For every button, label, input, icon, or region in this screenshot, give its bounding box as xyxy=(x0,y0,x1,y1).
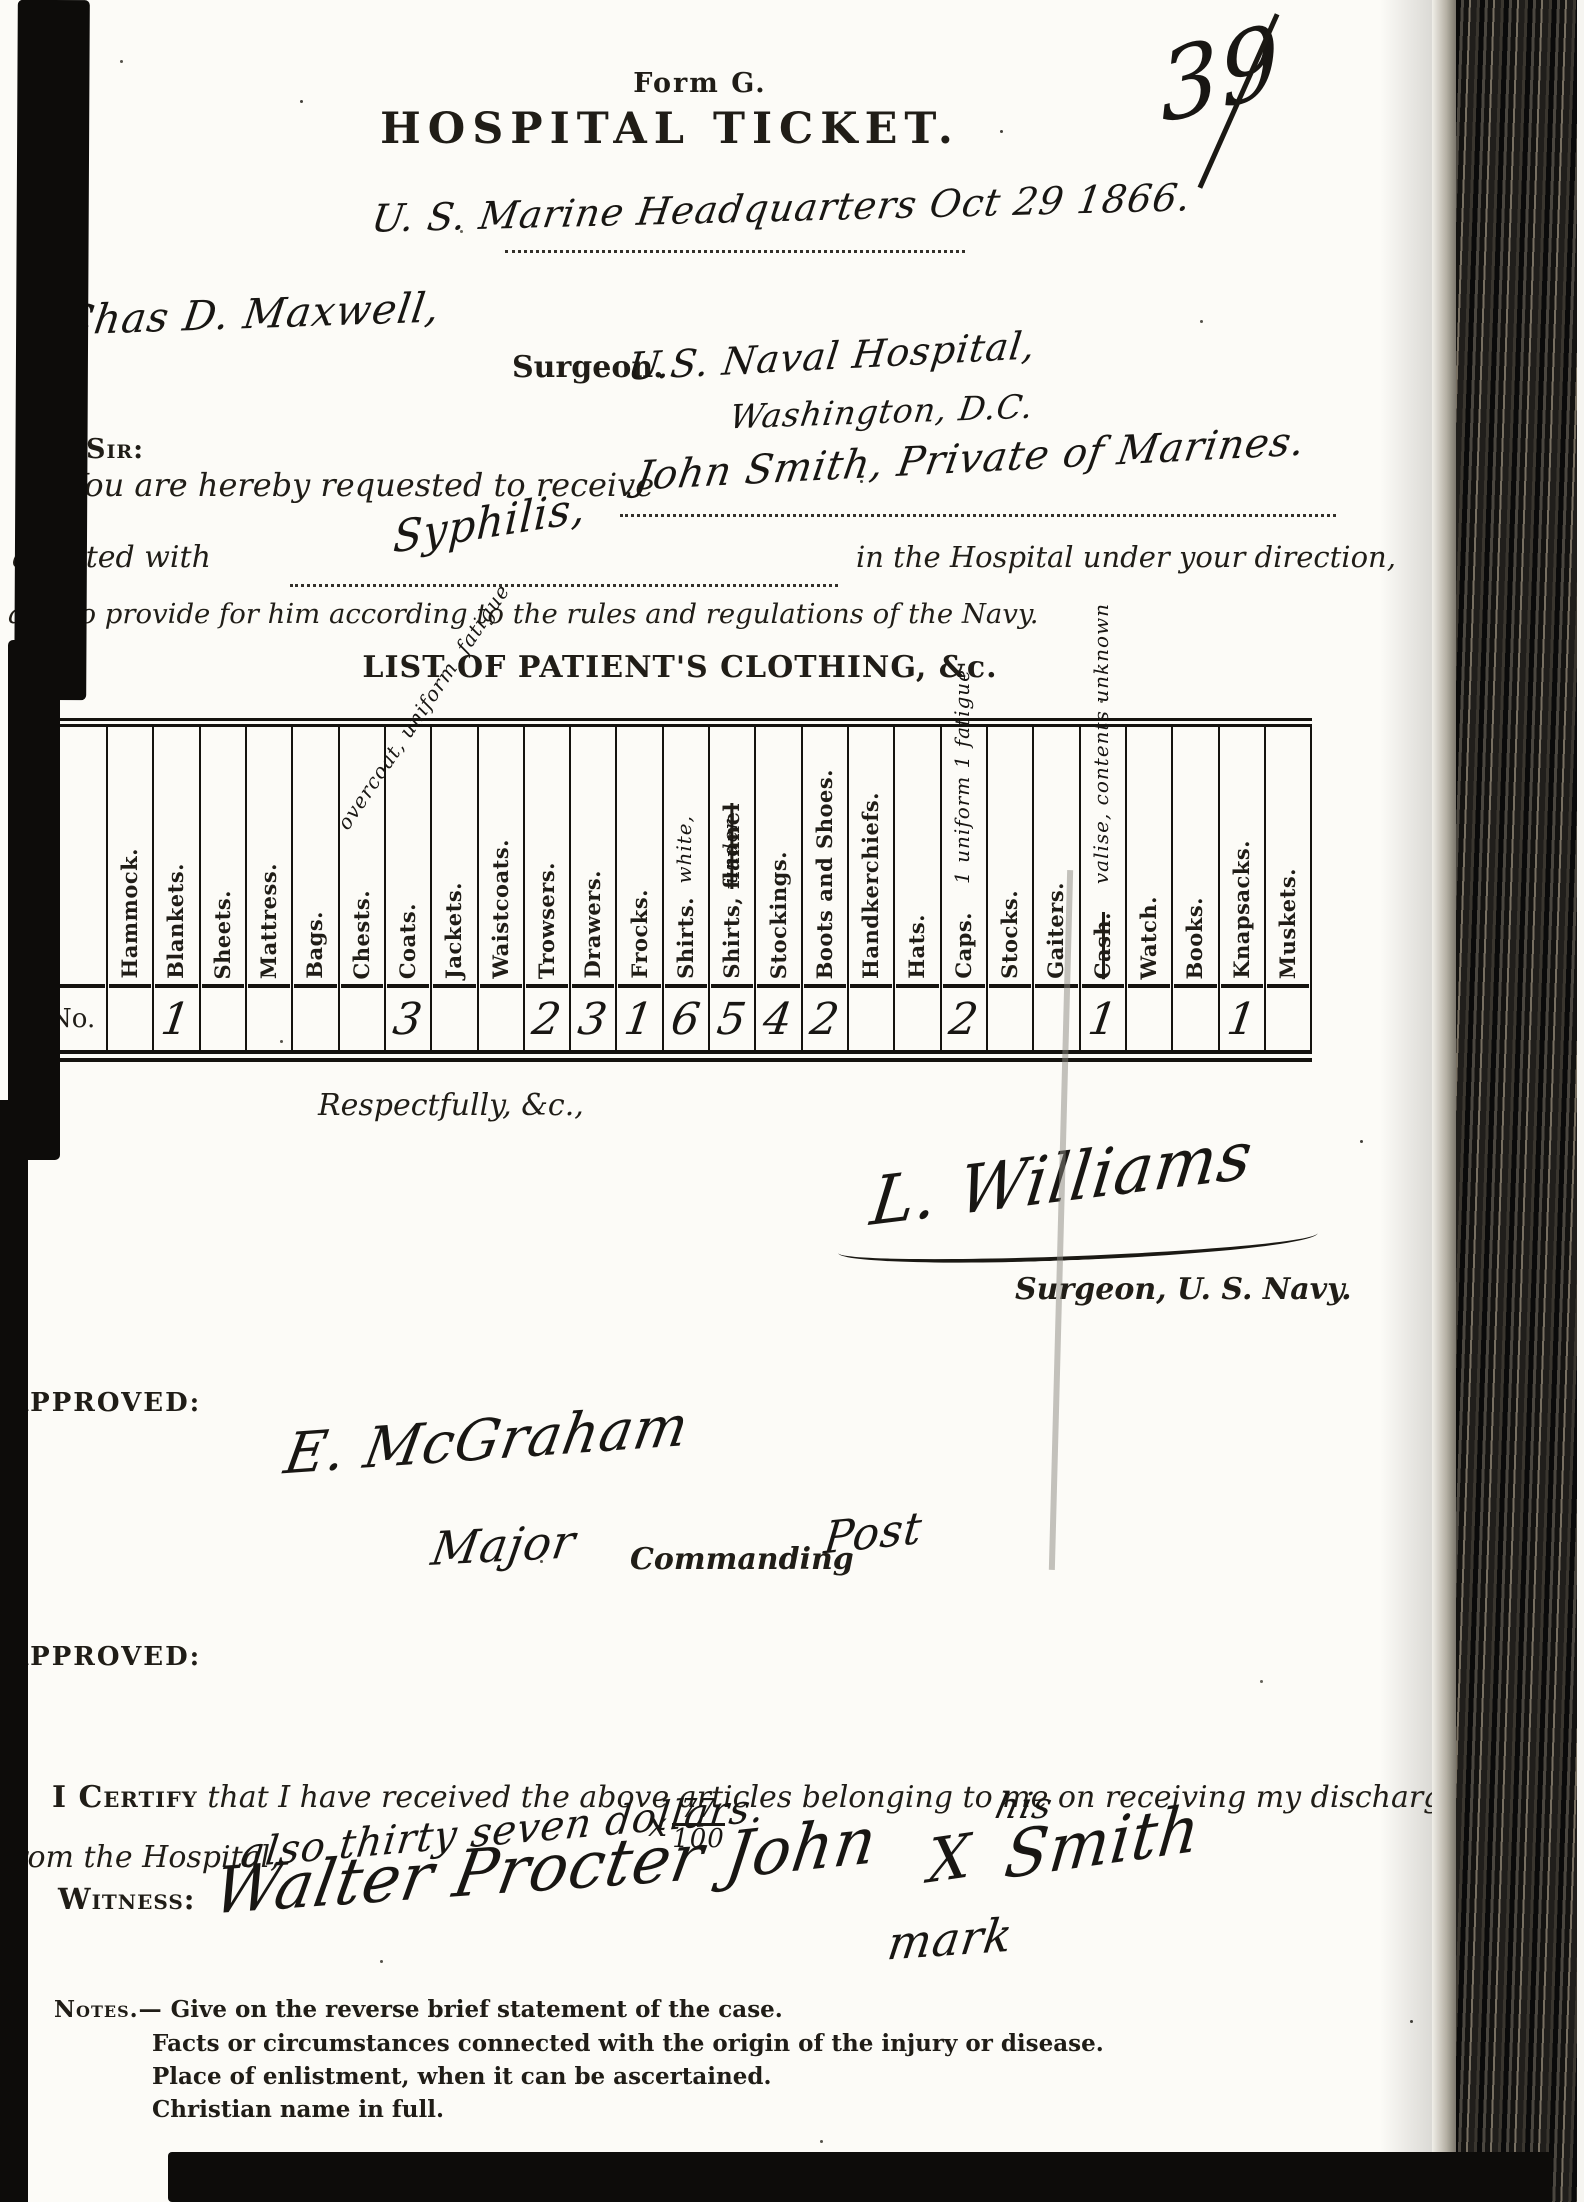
table-columns: No.Hammock. Blankets. 1Sheets. Mattress.… xyxy=(44,727,1312,1050)
column-label: Caps. xyxy=(953,912,975,979)
surgeon-title: Surgeon, U. S. Navy. xyxy=(1015,1272,1352,1307)
surgeon-station-handwriting: U.S. Naval Hospital, xyxy=(626,323,1039,389)
notes-text-1: Give on the reverse brief statement of t… xyxy=(171,1996,783,2023)
table-column-bags: Bags. xyxy=(293,727,339,1050)
column-label-text: Chests. xyxy=(349,890,374,980)
column-label-text: Caps. xyxy=(951,912,976,979)
column-value: 3 xyxy=(567,988,620,1050)
column-label-text: Watch. xyxy=(1136,896,1161,979)
column-header: Hammock. xyxy=(108,727,152,984)
column-header: Blankets. xyxy=(154,727,198,984)
column-label-text: Stockings. xyxy=(766,851,791,979)
table-column-cash: valise, contents unknownCash.1 xyxy=(1081,727,1127,1050)
notes-line-3: Place of enlistment, when it can be asce… xyxy=(152,2063,771,2090)
column-label-text: Jackets. xyxy=(441,882,466,979)
book-edge-band xyxy=(1456,0,1577,2202)
column-label-text: Muskets. xyxy=(1275,868,1300,979)
column-label: Boots and Shoes. xyxy=(814,769,836,979)
column-annotation: valise, contents unknown xyxy=(1091,603,1111,884)
column-value xyxy=(243,988,296,1050)
column-label-text: Books. xyxy=(1182,897,1207,979)
column-label-text: Trowsers. xyxy=(534,862,559,979)
column-label-text: Handkerchiefs. xyxy=(858,792,883,979)
column-label: Books. xyxy=(1184,897,1206,979)
column-label-text: Coats. xyxy=(395,903,420,979)
column-label: Chests. xyxy=(351,890,373,980)
column-header: Boots and Shoes. xyxy=(803,727,847,984)
witness-label: Witness: xyxy=(58,1882,195,1916)
column-value xyxy=(1123,988,1176,1050)
column-value xyxy=(428,988,481,1050)
column-label-text: Frocks. xyxy=(627,889,652,979)
column-label: Knapsacks. xyxy=(1231,840,1253,979)
table-column-hats: Hats. xyxy=(895,727,941,1050)
notes-line-4: Christian name in full. xyxy=(152,2096,444,2123)
dateline-handwriting: U. S. Marine Headquarters Oct 29 1866. xyxy=(369,175,1195,241)
column-label-text: Hammock. xyxy=(117,848,142,979)
table-column-stocks: Stocks. xyxy=(988,727,1034,1050)
column-value: 6 xyxy=(659,988,712,1050)
table-column-coats: overcoat, uniform, fatigueCoats. 3 xyxy=(386,727,432,1050)
column-annotation: white, xyxy=(674,815,694,884)
column-label: Muskets. xyxy=(1277,868,1299,979)
patient-first-name-signature: John xyxy=(721,1803,881,1894)
x-mark: X xyxy=(927,1820,973,1897)
fraction-numerator: 77 xyxy=(672,1796,725,1823)
column-label: Drawers. xyxy=(582,870,604,979)
column-header: 1 uniform 1 fatigueCaps. xyxy=(942,727,986,984)
commanding-label: Commanding xyxy=(630,1542,854,1577)
column-label: Coats. xyxy=(397,903,419,979)
column-value: 2 xyxy=(520,988,573,1050)
column-header: Books. xyxy=(1173,727,1217,984)
approved-label: APPROVED: xyxy=(8,1388,201,1418)
provide-line: and to provide for him according to the … xyxy=(8,598,1039,630)
gutter-shading xyxy=(1380,0,1440,2202)
paper-specks xyxy=(120,60,123,63)
table-column-blankets: Blankets. 1 xyxy=(154,727,200,1050)
column-label-struck: Cash. xyxy=(1090,912,1115,979)
column-annotation: under xyxy=(720,819,740,884)
table-column-gaiters: Gaiters. xyxy=(1034,727,1080,1050)
binding-bar-bottom xyxy=(0,1100,28,2202)
column-label-text: Knapsacks. xyxy=(1229,840,1254,979)
table-column-trowsers: Trowsers. 2 xyxy=(525,727,571,1050)
respectfully-line: Respectfully, &c., xyxy=(318,1088,584,1123)
table-column-shirts: white,Shirts. 6 xyxy=(664,727,710,1050)
column-value: 1 xyxy=(1215,988,1268,1050)
column-label: Blankets. xyxy=(165,863,187,979)
column-header: white,Shirts. xyxy=(664,727,708,984)
column-header: Gaiters. xyxy=(1034,727,1078,984)
column-label: Mattress. xyxy=(258,863,280,979)
column-annotation: 1 uniform 1 fatigue xyxy=(952,669,972,884)
column-label: Handkerchiefs. xyxy=(860,792,882,979)
column-label: Sheets. xyxy=(212,890,234,980)
table-title: LIST OF PATIENT'S CLOTHING, &c. xyxy=(0,650,1360,685)
table-column-sheets: Sheets. xyxy=(201,727,247,1050)
column-header: Stockings. xyxy=(756,727,800,984)
dotted-line xyxy=(505,250,965,253)
column-value: 4 xyxy=(752,988,805,1050)
table-column-boots-and-shoes: Boots and Shoes. 2 xyxy=(803,727,849,1050)
binding-bar-top xyxy=(14,0,90,700)
clothing-table: No.Hammock. Blankets. 1Sheets. Mattress.… xyxy=(42,718,1312,1062)
column-label-text: Waistcoats. xyxy=(488,839,513,979)
column-value: 2 xyxy=(798,988,851,1050)
table-column-handkerchiefs: Handkerchiefs. xyxy=(849,727,895,1050)
page-edge-curl xyxy=(1432,0,1458,2202)
column-header: Mattress. xyxy=(247,727,291,984)
table-column-books: Books. xyxy=(1173,727,1219,1050)
column-header: Trowsers. xyxy=(525,727,569,984)
column-header: overcoat, uniform, fatigueCoats. xyxy=(386,727,430,984)
column-label: Bags. xyxy=(304,911,326,979)
column-label-text: Bags. xyxy=(302,911,327,979)
column-header: Stocks. xyxy=(988,727,1032,984)
column-header: valise, contents unknownCash. xyxy=(1081,727,1125,984)
column-label: Frocks. xyxy=(629,889,651,979)
column-label: Stockings. xyxy=(768,851,790,979)
hospital-ticket-scan: Form G. HOSPITAL TICKET. 39 U. S. Marine… xyxy=(0,0,1584,2202)
column-value: 3 xyxy=(382,988,435,1050)
certify-lead: I Certify xyxy=(52,1780,198,1815)
table-column-frocks: Frocks. 1 xyxy=(617,727,663,1050)
column-value: 2 xyxy=(937,988,990,1050)
table-column-drawers: Drawers. 3 xyxy=(571,727,617,1050)
column-value: 1 xyxy=(613,988,666,1050)
table-column-jackets: Jackets. xyxy=(432,727,478,1050)
table-column-shirts: underShirts, flannel5 xyxy=(710,727,756,1050)
approved-label-2: APPROVED: xyxy=(8,1642,201,1672)
column-value xyxy=(984,988,1037,1050)
post-handwriting: Post xyxy=(822,1502,925,1564)
column-label: Hats. xyxy=(906,914,928,979)
column-label-text: Blankets. xyxy=(163,863,188,979)
column-label: Shirts. xyxy=(675,897,697,979)
table-column-caps: 1 uniform 1 fatigueCaps. 2 xyxy=(942,727,988,1050)
column-label-text: Boots and Shoes. xyxy=(812,769,837,979)
dotted-line xyxy=(620,514,1336,517)
addressee-handwriting: Chas D. Maxwell, xyxy=(59,283,443,344)
column-header: Sheets. xyxy=(201,727,245,984)
salutation-label: Sir: xyxy=(86,434,144,465)
table-column-hammock: Hammock. xyxy=(108,727,154,1050)
column-value: 1 xyxy=(1076,988,1129,1050)
column-label-text: Shirts, xyxy=(719,889,744,979)
column-header: Knapsacks. xyxy=(1220,727,1264,984)
table-column-muskets: Muskets. xyxy=(1266,727,1312,1050)
scan-edge-white xyxy=(1577,0,1584,2202)
column-label-text: Drawers. xyxy=(580,870,605,979)
column-value xyxy=(845,988,898,1050)
column-label: Cash. xyxy=(1092,912,1114,979)
column-value xyxy=(1261,988,1314,1050)
column-label: Waistcoats. xyxy=(490,839,512,979)
approver-rank-handwriting: Major xyxy=(428,1514,580,1576)
column-value xyxy=(104,988,157,1050)
surgeon-city-handwriting: Washington, D.C. xyxy=(727,387,1036,437)
column-value xyxy=(196,988,249,1050)
column-header: Frocks. xyxy=(617,727,661,984)
column-label: Stocks. xyxy=(999,890,1021,979)
column-value xyxy=(1169,988,1222,1050)
column-value: 5 xyxy=(706,988,759,1050)
notes-line-1: Notes.— Give on the reverse brief statem… xyxy=(54,1996,783,2023)
mark-word: mark xyxy=(884,1907,1016,1970)
column-value xyxy=(1030,988,1083,1050)
column-value: 1 xyxy=(150,988,203,1050)
column-value xyxy=(891,988,944,1050)
column-label: Trowsers. xyxy=(536,862,558,979)
column-header: Waistcoats. xyxy=(479,727,523,984)
notes-label: Notes.— xyxy=(54,1996,163,2023)
column-header: Jackets. xyxy=(432,727,476,984)
column-header: Bags. xyxy=(293,727,337,984)
column-header: Handkerchiefs. xyxy=(849,727,893,984)
binding-bar-middle xyxy=(8,640,60,1160)
column-label-text: Mattress. xyxy=(256,863,281,979)
column-value xyxy=(335,988,388,1050)
bottom-scan-bar xyxy=(168,2152,1552,2202)
column-label-text: Sheets. xyxy=(210,890,235,980)
column-label: Watch. xyxy=(1138,896,1160,979)
column-header: underShirts, flannel xyxy=(710,727,754,984)
dotted-line xyxy=(290,584,838,587)
column-value xyxy=(474,988,527,1050)
notes-line-2: Facts or circumstances connected with th… xyxy=(152,2030,1104,2057)
column-label-text: Stocks. xyxy=(997,890,1022,979)
column-value xyxy=(289,988,342,1050)
approver-signature: E. McGraham xyxy=(280,1393,694,1487)
table-column-stockings: Stockings. 4 xyxy=(756,727,802,1050)
page-title: HOSPITAL TICKET. xyxy=(0,104,1340,154)
column-header: Hats. xyxy=(895,727,939,984)
table-column-mattress: Mattress. xyxy=(247,727,293,1050)
table-column-waistcoats: Waistcoats. xyxy=(479,727,525,1050)
table-column-knapsacks: Knapsacks. 1 xyxy=(1220,727,1266,1050)
column-header: Drawers. xyxy=(571,727,615,984)
column-label-text: Hats. xyxy=(904,914,929,979)
column-label: Hammock. xyxy=(119,848,141,979)
column-label: Jackets. xyxy=(443,882,465,979)
table-column-watch: Watch. xyxy=(1127,727,1173,1050)
column-header: Muskets. xyxy=(1266,727,1310,984)
direction-line: in the Hospital under your direction, xyxy=(856,540,1396,574)
column-header: Watch. xyxy=(1127,727,1171,984)
column-label-text: Shirts. xyxy=(673,897,698,979)
